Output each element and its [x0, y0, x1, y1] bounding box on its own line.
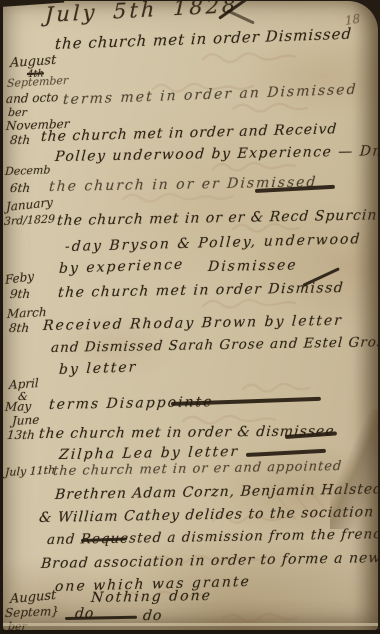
margin-note: 8th [9, 134, 30, 146]
margin-note: April [9, 377, 39, 391]
gutter-edge [0, 0, 3, 634]
paper-edge-highlight [3, 623, 378, 626]
margin-note: 3rd/1829 [4, 213, 55, 227]
record-line: by letter [59, 360, 138, 377]
manuscript-paper: July 5th 1828 18 the church met in order… [3, 1, 378, 630]
record-line: by experience [59, 258, 185, 276]
margin-note: and octo [6, 91, 59, 105]
margin-note: August [10, 54, 56, 70]
bottom-edge [0, 630, 380, 634]
margin-note: 9th [9, 288, 30, 300]
scanned-page-photo: July 5th 1828 18 the church met in order… [0, 0, 380, 634]
record-line: do [142, 609, 163, 623]
margin-note: ber [8, 107, 28, 118]
record-line: Zilpha Lea by letter [59, 445, 240, 462]
margin-note: September [7, 75, 69, 89]
record-line: Nothing done [91, 589, 213, 605]
record-line: Dismissee [208, 258, 299, 274]
margin-note: Decemb [5, 164, 51, 177]
margin-note: March [7, 306, 47, 320]
margin-note: 6th [9, 182, 30, 194]
margin-note: July 11th [5, 464, 56, 478]
page-fold-shadow [352, 1, 378, 630]
margin-note: Septem} [5, 605, 60, 619]
margin-note: May [5, 400, 32, 413]
margin-note: 8th [8, 322, 29, 334]
margin-note: June [12, 414, 40, 427]
margin-note: 13th [6, 429, 35, 441]
